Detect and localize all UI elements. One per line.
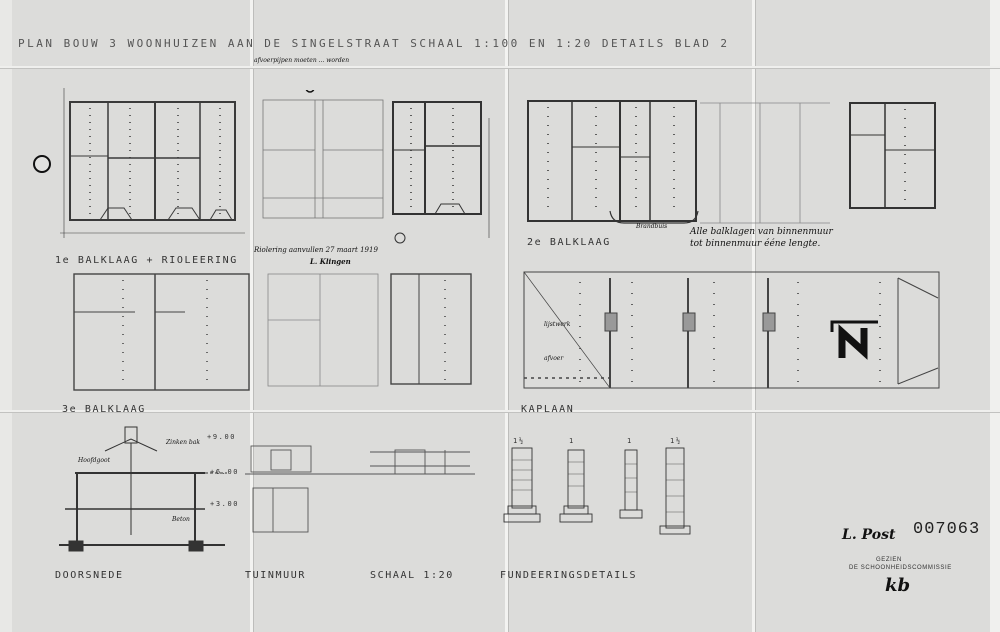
ground-floor-plan-middle (255, 90, 385, 235)
beam-note-1: Alle balklagen van binnenmuur (690, 228, 833, 238)
roof-note-1: lijstwerk (544, 322, 570, 329)
foundation-width-2: 1 (569, 437, 575, 445)
signature: L. Post (842, 527, 895, 543)
foundation-details-drawing (500, 440, 700, 540)
beam-note-2: tot binnenmuur ééne lengte. (690, 240, 820, 250)
ground-floor-signature: L. Klingen (310, 258, 351, 266)
second-floor-plan (60, 270, 260, 395)
section-note-1: Hoofdgoot (78, 458, 110, 465)
first-beam-plan (520, 85, 700, 230)
foundation-width-4: 1½ (670, 437, 682, 445)
garden-wall-drawing (245, 440, 475, 535)
section-marker-icon (33, 155, 51, 173)
initials: kb (885, 575, 910, 596)
first-beam-plan-end (845, 95, 945, 215)
second-floor-plan-right (385, 270, 485, 390)
document-title: PLAN BOUW 3 WOONHUIZEN AAN DE SINGELSTRA… (18, 37, 730, 50)
section-note-3: Beton (172, 517, 190, 524)
level-6: +6.00 (210, 468, 239, 476)
first-beam-plan-faint (700, 95, 830, 225)
roof-label: KAPLAAN (521, 404, 574, 415)
section-note-2: Zinken bak (166, 440, 200, 447)
level-3: +3.00 (210, 500, 239, 508)
second-floor-label: 3e BALKLAAG (62, 404, 146, 415)
ground-floor-label: 1e BALKLAAG + RIOLEERING (55, 255, 238, 266)
ground-floor-plan-right (385, 88, 500, 248)
left-margin (0, 0, 12, 632)
stamp-line-1: GEZIEN (876, 557, 902, 563)
north-arrow-icon (830, 318, 882, 362)
ground-floor-note: Riolering aanvullen 27 maart 1919 (254, 247, 378, 255)
top-left-annotation: afvoerpijpen moeten ... worden (254, 58, 349, 65)
roof-note-2: afvoer (544, 356, 563, 363)
first-beam-label: 2e BALKLAAG (527, 237, 611, 248)
cross-section-label: DOORSNEDE (55, 570, 124, 581)
foundation-details-label: FUNDEERINGSDETAILS (500, 570, 637, 581)
ground-floor-plan-left (60, 88, 250, 238)
scale-label: SCHAAL 1:20 (370, 570, 454, 581)
fold-line (0, 410, 1000, 412)
curve-annotation: Brandbuis (636, 224, 667, 231)
fold-line (0, 66, 1000, 68)
cross-section-drawing (55, 425, 230, 555)
foundation-width-1: 1½ (513, 437, 525, 445)
second-floor-plan-middle (260, 270, 385, 390)
archive-number: 007063 (913, 520, 980, 539)
blueprint-sheet: PLAN BOUW 3 WOONHUIZEN AAN DE SINGELSTRA… (0, 0, 1000, 632)
garden-wall-label: TUINMUUR (245, 570, 306, 581)
level-9: +9.00 (207, 433, 236, 441)
foundation-width-3: 1 (627, 437, 633, 445)
right-margin (990, 0, 1000, 632)
stamp-line-2: DE SCHOONHEIDSCOMMISSIE (849, 565, 952, 571)
